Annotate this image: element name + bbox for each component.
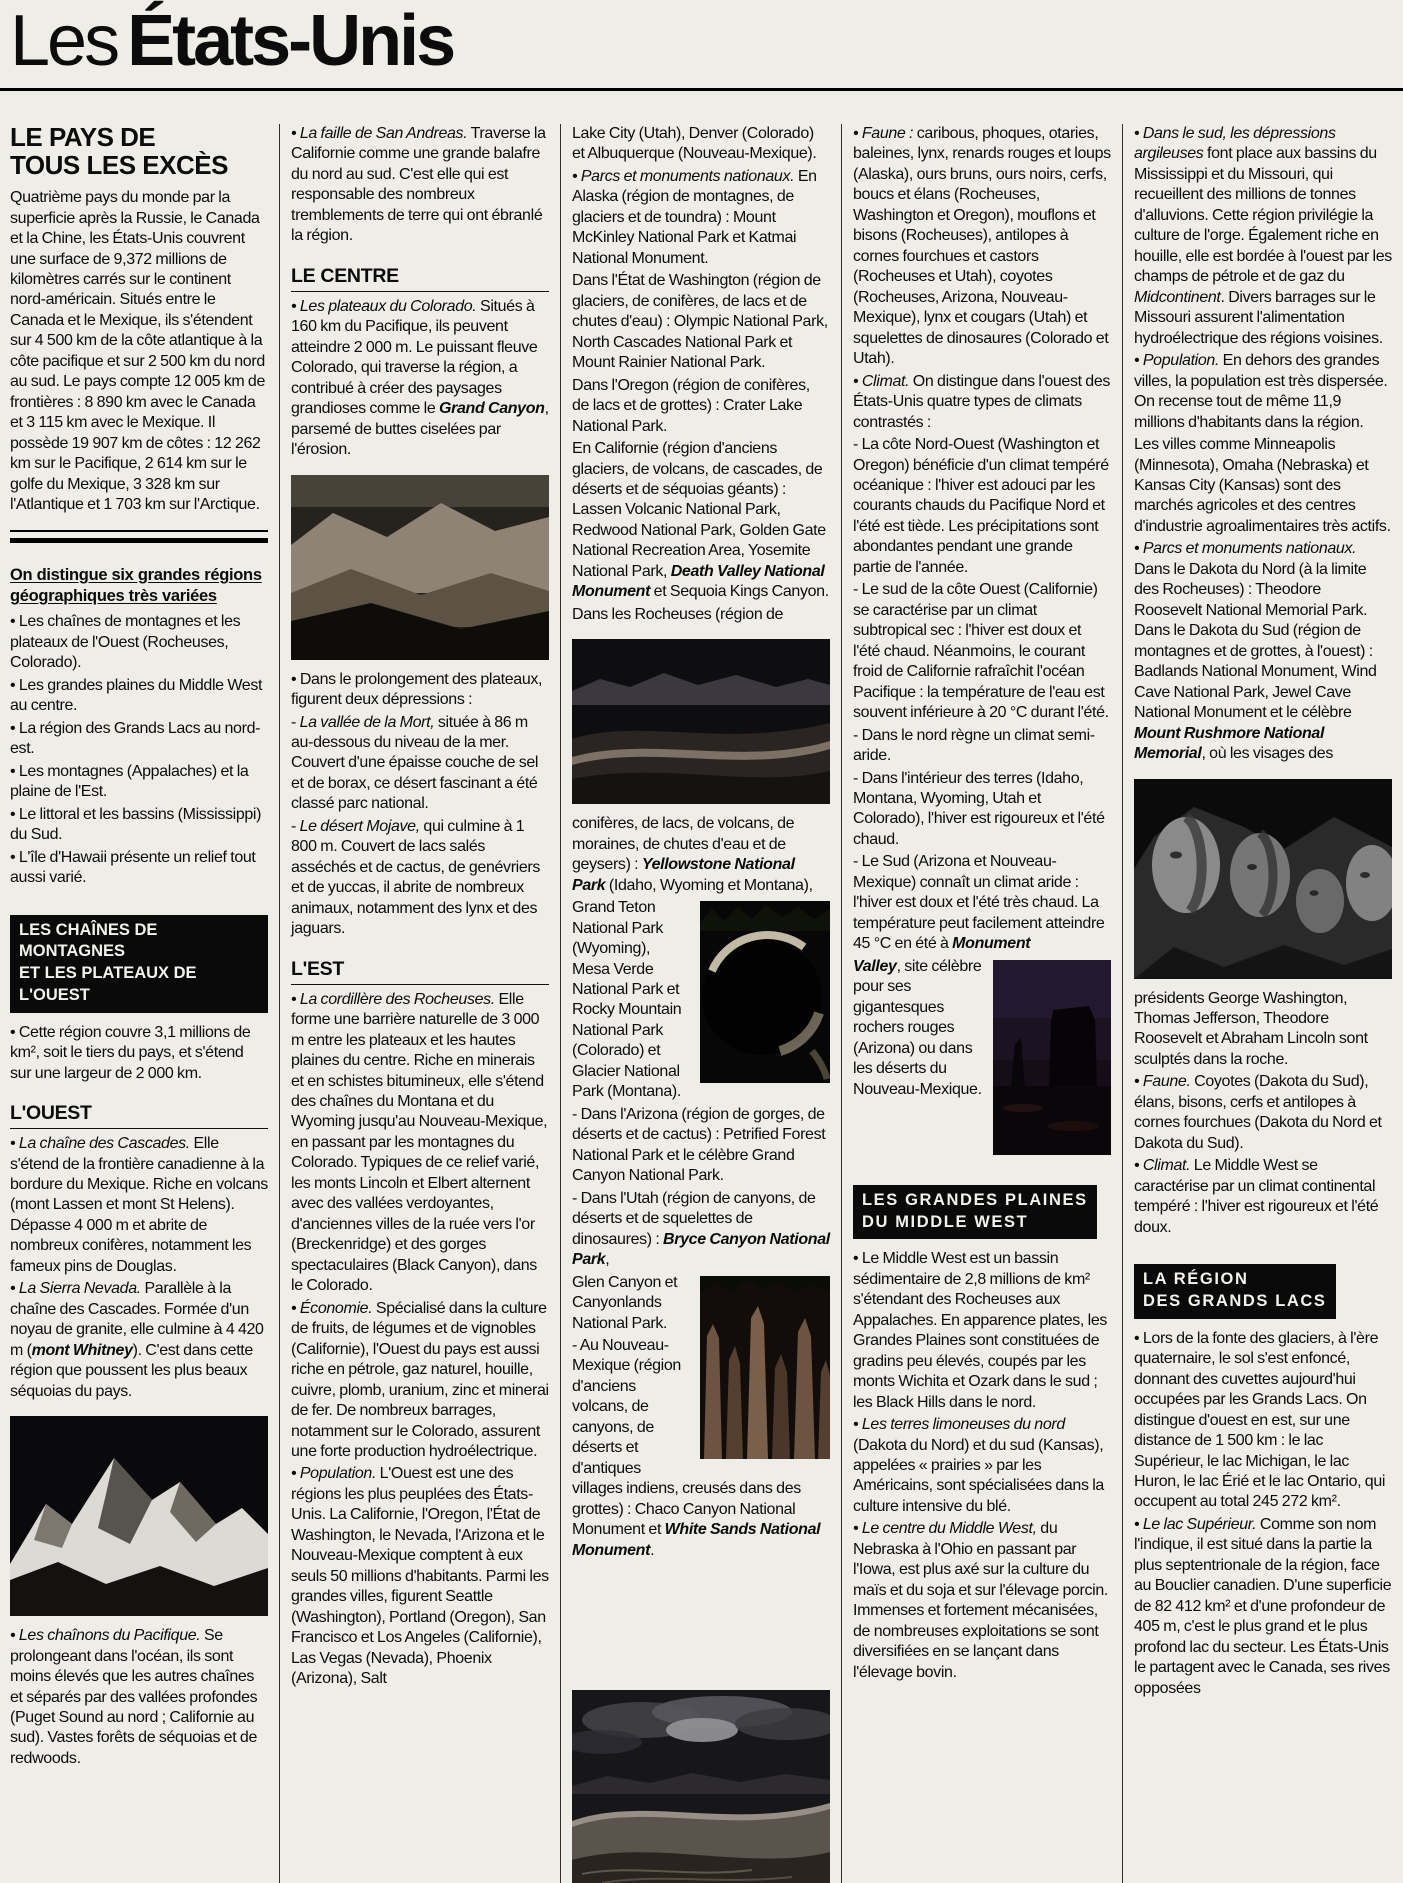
text-run: • L'île d'Hawaii présente un relief tout… <box>10 849 256 886</box>
parks-oregon-paragraph: Dans l'Oregon (région de conifères, de l… <box>572 376 830 437</box>
text-run: Les villes comme Minneapolis (Minnesota)… <box>1134 436 1391 535</box>
east-section-heading: L'EST <box>291 958 549 985</box>
bold-italic-term: Valley <box>853 958 897 975</box>
hotspring-artwork <box>700 901 830 1083</box>
death-valley-paragraph: - La vallée de la Mort, située à 86 m au… <box>291 713 549 815</box>
text-run: (Idaho, Wyoming et Montana), <box>605 877 812 894</box>
column-4: • Faune : caribous, phoques, otaries, ba… <box>841 124 1122 1883</box>
text-run: Elle s'étend de la frontière canadienne … <box>10 1135 268 1275</box>
dunes-artwork <box>572 639 830 804</box>
pacific-ranges-paragraph: • Les chaînons du Pacifique. Se prolonge… <box>10 1626 268 1769</box>
region-list-item: • Les chaînes de montagnes et les platea… <box>10 612 268 673</box>
region-list-item: • Les montagnes (Appalaches) et la plain… <box>10 762 268 803</box>
italic-term: • Le centre du Middle West, <box>853 1520 1037 1537</box>
parks-rockies-lead: Dans les Rocheuses (région de <box>572 605 830 625</box>
divider-thick-line <box>10 538 268 543</box>
header-line: LES CHAÎNES DE MONTAGNES <box>19 920 259 964</box>
sierra-nevada-paragraph: • La Sierra Nevada. Parallèle à la chaîn… <box>10 1279 268 1402</box>
header-line: DU MIDDLE WEST <box>862 1212 1088 1234</box>
text-run: font place aux bassins du Mississippi et… <box>1134 145 1392 285</box>
depressions-paragraph: • Dans le prolongement des plateaux, fig… <box>291 670 549 711</box>
column-3: Lake City (Utah), Denver (Colorado) et A… <box>560 124 841 1883</box>
text-run: • Le littoral et les bassins (Mississipp… <box>10 806 261 843</box>
white-sands-photo <box>572 1690 830 1883</box>
text-run: Dans l'État de Washington (région de gla… <box>572 272 828 371</box>
lake-superior-paragraph: • Le lac Supérieur. Comme son nom l'indi… <box>1134 1515 1392 1699</box>
text-run: du Nebraska à l'Ohio en passant par l'Io… <box>853 1520 1108 1680</box>
regions-divider <box>10 530 268 543</box>
cities-middle-west-paragraph: Les villes comme Minneapolis (Minnesota)… <box>1134 435 1392 537</box>
population-west-paragraph: • Population. L'Ouest est une des région… <box>291 1464 549 1689</box>
italic-term: • Population. <box>291 1465 376 1482</box>
region-list-item: • L'île d'Hawaii présente un relief tout… <box>10 848 268 889</box>
text-run: - Dans le nord règne un climat semi-arid… <box>853 727 1095 764</box>
economy-paragraph: • Économie. Spécialisé dans la culture d… <box>291 1299 549 1463</box>
divider-thin-line <box>10 530 268 532</box>
cities-continuation-paragraph: Lake City (Utah), Denver (Colorado) et A… <box>572 124 830 165</box>
italic-term: • Économie. <box>291 1300 372 1317</box>
text-run: En Californie (région d'anciens glaciers… <box>572 440 826 580</box>
article-columns: LE PAYS DETOUS LES EXCÈSQuatrième pays d… <box>0 91 1403 1883</box>
bryce-artwork <box>700 1276 830 1459</box>
canyon-artwork <box>291 475 549 660</box>
italic-term: • Les terres limoneuses du nord <box>853 1416 1065 1433</box>
text-run: Grand Teton National Park (Wyoming), Mes… <box>572 899 681 1100</box>
italic-term: • La Sierra Nevada. <box>10 1280 141 1297</box>
text-run: • Les grandes plaines du Middle West au … <box>10 677 262 714</box>
italic-term: • Population. <box>1134 352 1219 369</box>
yellowstone-paragraph: conifères, de lacs, de volcans, de morai… <box>572 814 830 896</box>
western-ranges-intro: • Cette région couvre 3,1 millions de km… <box>10 1023 268 1084</box>
climate-middle-west-paragraph: • Climat. Le Middle West se caractérise … <box>1134 1156 1392 1238</box>
paragraph: - Dans l'Utah (région de canyons, de dés… <box>572 1189 830 1271</box>
italic-term: • Climat. <box>1134 1157 1190 1174</box>
text-run: Elle forme une barrière naturelle de 3 0… <box>291 991 547 1295</box>
middle-west-basin-paragraph: • Le Middle West est un bassin sédimenta… <box>853 1249 1111 1413</box>
page-header: LesÉtats-Unis <box>0 0 1403 88</box>
text-run: Dans les Rocheuses (région de <box>572 606 783 623</box>
italic-term: • La faille de San Andreas. <box>291 125 467 142</box>
title-word-etats-unis: États-Unis <box>127 1 453 81</box>
text-run: Quatrième pays du monde par la superfici… <box>10 189 265 513</box>
header-line: LA RÉGION <box>1143 1269 1327 1291</box>
text-run: et Sequoia Kings Canyon. <box>650 583 829 600</box>
sierra-nevada-photo <box>10 1416 268 1616</box>
italic-term: • Parcs et monuments nationaux. <box>572 168 794 185</box>
text-run: , site célèbre pour ses gigantesques roc… <box>853 958 982 1098</box>
climate-north-paragraph: - Dans le nord règne un climat semi-arid… <box>853 726 1111 767</box>
monument-artwork <box>993 960 1111 1155</box>
parks-alaska-paragraph: • Parcs et monuments nationaux. En Alask… <box>572 167 830 269</box>
great-plains-header: LES GRANDES PLAINESDU MIDDLE WEST <box>853 1185 1097 1240</box>
cascades-paragraph: • La chaîne des Cascades. Elle s'étend d… <box>10 1134 268 1277</box>
italic-term: • Les plateaux du Colorado. <box>291 298 476 315</box>
great-lakes-header: LA RÉGIONDES GRANDS LACS <box>1134 1264 1336 1319</box>
western-ranges-header: LES CHAÎNES DE MONTAGNESET LES PLATEAUX … <box>10 915 268 1013</box>
monument-valley-wrap: Valley, site célèbre pour ses gigantesqu… <box>853 957 1111 1161</box>
population-middle-west-paragraph: • Population. En dehors des grandes vill… <box>1134 351 1392 433</box>
text-run: qui culmine à 1 800 m. Couvert de lacs s… <box>291 818 540 937</box>
header-line: DES GRANDS LACS <box>1143 1291 1327 1313</box>
rockies-paragraph: • La cordillère des Rocheuses. Elle form… <box>291 990 549 1297</box>
great-lakes-paragraph: • Lors de la fonte des glaciers, à l'ère… <box>1134 1329 1392 1513</box>
text-run: Comme son nom l'indique, il est situé da… <box>1134 1516 1391 1697</box>
west-section-heading: L'OUEST <box>10 1102 268 1129</box>
region-list-item: • Le littoral et les bassins (Mississipp… <box>10 805 268 846</box>
text-run: • Les chaînes de montagnes et les platea… <box>10 613 240 671</box>
colorado-plateaus-paragraph: • Les plateaux du Colorado. Situés à 160… <box>291 297 549 461</box>
italic-term: • Climat. <box>853 373 909 390</box>
column-1: LE PAYS DETOUS LES EXCÈSQuatrième pays d… <box>10 124 279 1883</box>
text-run: • Le Middle West est un bassin sédimenta… <box>853 1250 1107 1410</box>
text-run: . <box>650 1542 654 1559</box>
bold-italic-term: Grand Canyon <box>439 400 545 417</box>
title-word-les: Les <box>10 1 117 81</box>
region-list-item: • La région des Grands Lacs au nord-est. <box>10 719 268 760</box>
central-middle-west-paragraph: • Le centre du Middle West, du Nebraska … <box>853 1519 1111 1683</box>
text-run: Se prolongeant dans l'océan, ils sont mo… <box>10 1627 257 1767</box>
text-run: Traverse la Californie comme une grande … <box>291 125 546 244</box>
rushmore-artwork <box>1134 779 1392 979</box>
italic-term: • Faune : <box>853 125 913 142</box>
center-section-heading: LE CENTRE <box>291 265 549 292</box>
column-2: • La faille de San Andreas. Traverse la … <box>279 124 560 1883</box>
mountain-artwork <box>10 1416 268 1616</box>
bold-italic-term: mont Whitney <box>32 1342 133 1359</box>
parks-dakota-paragraph: • Parcs et monuments nationaux. Dans le … <box>1134 539 1392 764</box>
text-run: Dans l'Oregon (région de conifères, de l… <box>572 377 810 435</box>
text-run: - Dans l'Arizona (région de gorges, de d… <box>572 1106 825 1184</box>
climate-interior-paragraph: - Dans l'intérieur des terres (Idaho, Mo… <box>853 769 1111 851</box>
paragraph: - Dans l'Arizona (région de gorges, de d… <box>572 1105 830 1187</box>
bryce-canyon-photo <box>700 1276 830 1459</box>
northern-silts-paragraph: • Les terres limoneuses du nord (Dakota … <box>853 1415 1111 1517</box>
text-run: • Lors de la fonte des glaciers, à l'ère… <box>1134 1330 1385 1511</box>
presidents-paragraph: présidents George Washington, Thomas Jef… <box>1134 989 1392 1071</box>
country-overview-paragraph: Quatrième pays du monde par la superfici… <box>10 188 268 516</box>
text-run: - <box>291 714 300 731</box>
text-run: , où les visages des <box>1201 745 1333 762</box>
text-run: - Le sud de la côte Ouest (Californie) s… <box>853 581 1109 721</box>
text-run: • Cette région couvre 3,1 millions de km… <box>10 1024 250 1082</box>
mojave-paragraph: - Le désert Mojave, qui culmine à 1 800 … <box>291 817 549 940</box>
column-5: • Dans le sud, les dépressions argileuse… <box>1122 124 1403 1883</box>
italic-term: • La chaîne des Cascades. <box>10 1135 190 1152</box>
text-run: • Dans le prolongement des plateaux, fig… <box>291 671 542 708</box>
fauna-west-paragraph: • Faune : caribous, phoques, otaries, ba… <box>853 124 1111 370</box>
italic-term: • La cordillère des Rocheuses. <box>291 991 495 1008</box>
header-line: ET LES PLATEAUX DE L'OUEST <box>19 963 259 1007</box>
text-run: L'Ouest est une des régions les plus peu… <box>291 1465 549 1687</box>
text-run: Spécialisé dans la culture de fruits, de… <box>291 1300 549 1460</box>
country-overview-heading: LE PAYS DETOUS LES EXCÈS <box>10 124 268 179</box>
italic-term: La vallée de la Mort, <box>300 714 435 731</box>
page-title: LesÉtats-Unis <box>10 4 1403 80</box>
death-valley-dunes-photo <box>572 639 830 804</box>
rocky-mountain-parks-wrap: Grand Teton National Park (Wyoming), Mes… <box>572 898 830 1272</box>
italic-term: Midcontinent <box>1134 289 1221 306</box>
yellowstone-spring-photo <box>700 901 830 1083</box>
parks-washington-paragraph: Dans l'État de Washington (région de gla… <box>572 271 830 373</box>
text-run: • La région des Grands Lacs au nord-est. <box>10 720 260 757</box>
text-run: - La côte Nord-Ouest (Washington et Oreg… <box>853 436 1109 576</box>
text-run: (Dakota du Nord) et du sud (Kansas), app… <box>853 1437 1104 1515</box>
text-run: Glen Canyon et Canyonlands National Park… <box>572 1274 677 1332</box>
italic-term: • Faune. <box>1134 1073 1191 1090</box>
grand-canyon-photo <box>291 475 549 660</box>
regions-list-heading: On distingue six grandes régions géograp… <box>10 565 268 608</box>
text-run: • Les montagnes (Appalaches) et la plain… <box>10 763 248 800</box>
header-line: LES GRANDES PLAINES <box>862 1190 1088 1212</box>
italic-term: • Les chaînons du Pacifique. <box>10 1627 200 1644</box>
whitesands-artwork <box>572 1690 830 1883</box>
text-run: présidents George Washington, Thomas Jef… <box>1134 990 1368 1068</box>
monument-valley-photo <box>993 960 1111 1155</box>
text-run: caribous, phoques, otaries, baleines, ly… <box>853 125 1111 367</box>
san-andreas-paragraph: • La faille de San Andreas. Traverse la … <box>291 124 549 247</box>
bold-italic-term: Monument <box>952 935 1030 952</box>
text-run: , <box>605 1251 609 1268</box>
italic-term: • Le lac Supérieur. <box>1134 1516 1256 1533</box>
text-run: Lake City (Utah), Denver (Colorado) et A… <box>572 125 817 162</box>
heading-line: TOUS LES EXCÈS <box>10 150 228 180</box>
parks-california-paragraph: En Californie (région d'anciens glaciers… <box>572 439 830 603</box>
italic-term: • Parcs et monuments nationaux. <box>1134 540 1356 557</box>
climate-west-intro: • Climat. On distingue dans l'ouest des … <box>853 372 1111 433</box>
southern-depressions-paragraph: • Dans le sud, les dépressions argileuse… <box>1134 124 1392 349</box>
magazine-page: LesÉtats-Unis LE PAYS DETOUS LES EXCÈSQu… <box>0 0 1403 1883</box>
italic-term: Le désert Mojave, <box>300 818 420 835</box>
southwest-parks-wrap: Glen Canyon et Canyonlands National Park… <box>572 1273 830 1564</box>
climate-southwest-paragraph: - Le sud de la côte Ouest (Californie) s… <box>853 580 1111 723</box>
text-run: - <box>291 818 300 835</box>
mount-rushmore-photo <box>1134 779 1392 979</box>
heading-line: LE PAYS DE <box>10 124 155 152</box>
climate-south-lead: - Le Sud (Arizona et Nouveau-Mexique) co… <box>853 852 1111 954</box>
region-list-item: • Les grandes plaines du Middle West au … <box>10 676 268 717</box>
fauna-middle-west-paragraph: • Faune. Coyotes (Dakota du Sud), élans,… <box>1134 1072 1392 1154</box>
climate-northwest-paragraph: - La côte Nord-Ouest (Washington et Oreg… <box>853 435 1111 578</box>
text-run: Dans le Dakota du Nord (à la limite des … <box>1134 561 1377 721</box>
text-run: - Dans l'intérieur des terres (Idaho, Mo… <box>853 770 1105 848</box>
